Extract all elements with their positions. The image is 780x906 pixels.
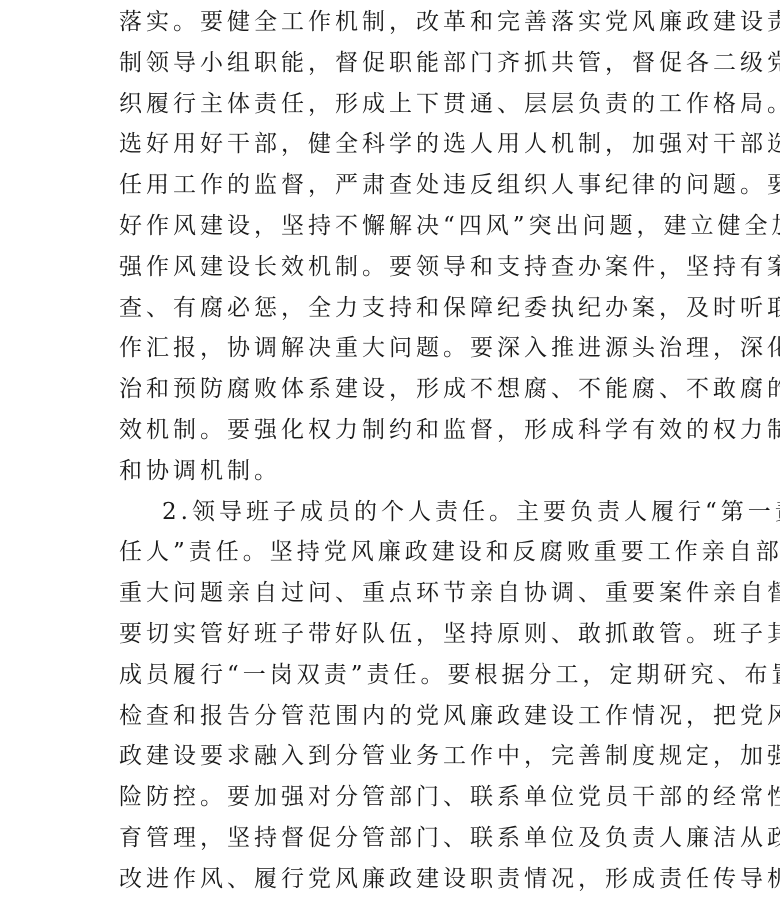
paragraph-heading-line: 2.领导班子成员的个人责任。主要负责人履行“第一责 xyxy=(119,492,664,533)
text-line: 作汇报，协调解决重大问题。要深入推进源头治理，深化惩 xyxy=(119,328,664,369)
text-line: 改进作风、履行党风廉政建设职责情况，形成责任传导机制。 xyxy=(119,859,664,900)
text-line: 治和预防腐败体系建设，形成不想腐、不能腐、不敢腐的长 xyxy=(119,369,664,410)
text-line: 选好用好干部，健全科学的选人用人机制，加强对干部选拔 xyxy=(119,124,664,165)
text-line: 效机制。要强化权力制约和监督，形成科学有效的权力制约 xyxy=(119,410,664,451)
text-line: 制领导小组职能，督促职能部门齐抓共管，督促各二级党组 xyxy=(119,43,664,84)
text-line: 和协调机制。 xyxy=(119,451,664,492)
text-line: 政建设要求融入到分管业务工作中，完善制度规定，加强风 xyxy=(119,736,664,777)
document-page: 落实。要健全工作机制，改革和完善落实党风廉政建设责任 制领导小组职能，督促职能部… xyxy=(119,2,664,900)
text-line: 重大问题亲自过问、重点环节亲自协调、重要案件亲自督办。 xyxy=(119,573,664,614)
text-line: 落实。要健全工作机制，改革和完善落实党风廉政建设责任 xyxy=(119,2,664,43)
text-line: 检查和报告分管范围内的党风廉政建设工作情况，把党风廉 xyxy=(119,696,664,737)
text-line: 织履行主体责任，形成上下贯通、层层负责的工作格局。要 xyxy=(119,84,664,125)
paragraph-leadership-individual-responsibility: 2.领导班子成员的个人责任。主要负责人履行“第一责 任人”责任。坚持党风廉政建设… xyxy=(119,492,664,900)
text-line: 任用工作的监督，严肃查处违反组织人事纪律的问题。要抓 xyxy=(119,165,664,206)
text-line: 强作风建设长效机制。要领导和支持查办案件，坚持有案必 xyxy=(119,247,664,288)
paragraph-party-committee-responsibility: 落实。要健全工作机制，改革和完善落实党风廉政建设责任 制领导小组职能，督促职能部… xyxy=(119,2,664,492)
text-line: 险防控。要加强对分管部门、联系单位党员干部的经常性教 xyxy=(119,777,664,818)
text-line: 成员履行“一岗双责”责任。要根据分工，定期研究、布置、 xyxy=(119,655,664,696)
text-line: 查、有腐必惩，全力支持和保障纪委执纪办案，及时听取工 xyxy=(119,288,664,329)
text-line: 任人”责任。坚持党风廉政建设和反腐败重要工作亲自部署、 xyxy=(119,532,664,573)
text-line: 好作风建设，坚持不懈解决“四风”突出问题，建立健全加 xyxy=(119,206,664,247)
text-line: 要切实管好班子带好队伍，坚持原则、敢抓敢管。班子其他 xyxy=(119,614,664,655)
text-line: 育管理，坚持督促分管部门、联系单位及负责人廉洁从政、 xyxy=(119,818,664,859)
